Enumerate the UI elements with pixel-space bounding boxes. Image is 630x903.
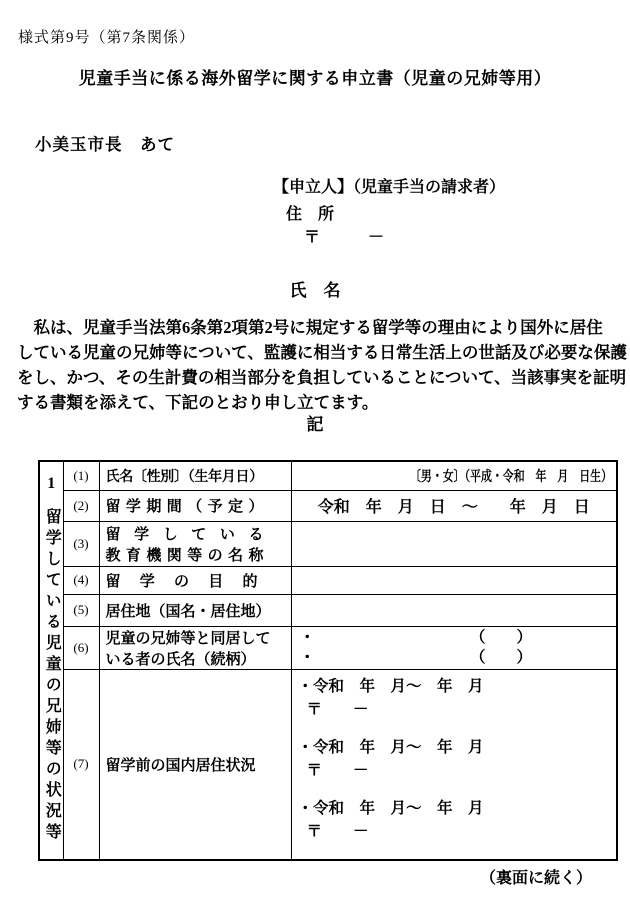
residence-period-2-postal: 〒 － <box>298 759 617 782</box>
section-header-cell: 1 留学している児童の兄姉等の状況等 <box>39 461 63 860</box>
row1-label-text: 氏名〔性別〕（生年月日） <box>106 470 263 485</box>
cohabitant-relation-parens-1: （ ） <box>470 628 532 648</box>
addressee-line: 小美玉市長 あて <box>35 131 175 155</box>
page-title: 児童手当に係る海外留学に関する申立書（児童の兄姉等用） <box>0 64 630 89</box>
row1-value-text: 〔男・女〕（平成・令和 年 月 日生） <box>410 466 612 486</box>
row4-label-text: 留学の目的 <box>106 570 258 591</box>
row5-value-cell <box>291 594 617 626</box>
row6-label: 児童の兄姉等と同居して いる者の氏名（続柄） <box>99 626 291 669</box>
row6-number: (6) <box>63 626 99 669</box>
row3-number: (3) <box>63 521 99 566</box>
cohabitant-entry-1: ・ （ ） <box>292 628 617 648</box>
row3-label-line1: 留学している <box>106 523 264 544</box>
cohabitant-entry-2: ・ （ ） <box>292 648 617 668</box>
applicant-name-label: 氏 名 <box>0 276 630 301</box>
status-table: 1 留学している児童の兄姉等の状況等 (1) 氏名〔性別〕（生年月日） 〔男・女… <box>38 460 618 861</box>
declaration-line-3: をし、かつ、その生計費の相当部分を負担していることについて、当該事実を証明 <box>17 365 617 390</box>
row1-number: (1) <box>63 461 99 490</box>
declaration-line-2: している児童の兄姉等について、監護に相当する日常生活上の世話及び必要な保護 <box>17 340 617 365</box>
residence-period-1-postal: 〒 － <box>298 698 617 721</box>
record-mark: 記 <box>0 410 630 435</box>
continues-on-back-note: （裏面に続く） <box>480 865 592 888</box>
section-number: 1 <box>40 470 63 493</box>
row4-label: 留学の目的 <box>99 566 291 594</box>
residence-period-2: ・令和 年 月～ 年 月 〒 － <box>298 736 617 782</box>
row2-value-cell: 令和 年 月 日 ～ 年 月 日 <box>291 490 617 521</box>
cohabitant-relation-parens-2: （ ） <box>470 648 532 668</box>
residence-period-1: ・令和 年 月～ 年 月 〒 － <box>298 675 617 721</box>
row2-label: 留学期間（予定） <box>99 490 291 521</box>
row2-label-text: 留学期間（予定） <box>106 495 264 516</box>
row3-label-line2: 教育機関等の名称 <box>106 544 264 565</box>
residence-period-2-dates: ・令和 年 月～ 年 月 <box>298 736 617 759</box>
row4-number: (4) <box>63 566 99 594</box>
form-number: 様式第9号（第7条関係） <box>18 26 195 47</box>
row5-label: 居住地（国名・居住地） <box>99 594 291 626</box>
row2-number: (2) <box>63 490 99 521</box>
section-title-vertical: 留学している児童の兄姉等の状況等 <box>40 500 62 852</box>
row6-label-line1: 児童の兄姉等と同居して <box>106 627 291 648</box>
residence-period-3: ・令和 年 月～ 年 月 〒 － <box>298 797 617 843</box>
applicant-heading: 【申立人】（児童手当の請求者） <box>273 174 505 197</box>
residence-period-3-dates: ・令和 年 月～ 年 月 <box>298 797 617 820</box>
applicant-postal-line: 〒 － <box>304 224 384 247</box>
row6-label-line2: いる者の氏名（続柄） <box>106 648 291 669</box>
row3-label: 留学している 教育機関等の名称 <box>99 521 291 566</box>
row1-label: 氏名〔性別〕（生年月日） <box>99 461 291 490</box>
row7-value-cell: ・令和 年 月～ 年 月 〒 － ・令和 年 月～ 年 月 〒 － ・令和 年 … <box>291 669 617 860</box>
row6-value-cell: ・ （ ） ・ （ ） <box>291 626 617 669</box>
row7-number: (7) <box>63 669 99 860</box>
residence-period-1-dates: ・令和 年 月～ 年 月 <box>298 675 617 698</box>
residence-period-3-postal: 〒 － <box>298 820 617 843</box>
declaration-paragraph: 私は、児童手当法第6条第2項第2号に規定する留学等の理由により国外に居住 してい… <box>17 315 617 415</box>
document-page: 様式第9号（第7条関係） 児童手当に係る海外留学に関する申立書（児童の兄姉等用）… <box>0 0 630 903</box>
declaration-line-1: 私は、児童手当法第6条第2項第2号に規定する留学等の理由により国外に居住 <box>17 315 617 340</box>
applicant-address-label: 住 所 <box>286 201 334 224</box>
row7-label: 留学前の国内居住状況 <box>99 669 291 860</box>
cohabitant-bullet-2: ・ <box>300 648 316 668</box>
row3-value-cell <box>291 521 617 566</box>
row5-number: (5) <box>63 594 99 626</box>
row1-value-cell: 〔男・女〕（平成・令和 年 月 日生） <box>291 461 617 490</box>
cohabitant-bullet-1: ・ <box>300 628 316 648</box>
row4-value-cell <box>291 566 617 594</box>
